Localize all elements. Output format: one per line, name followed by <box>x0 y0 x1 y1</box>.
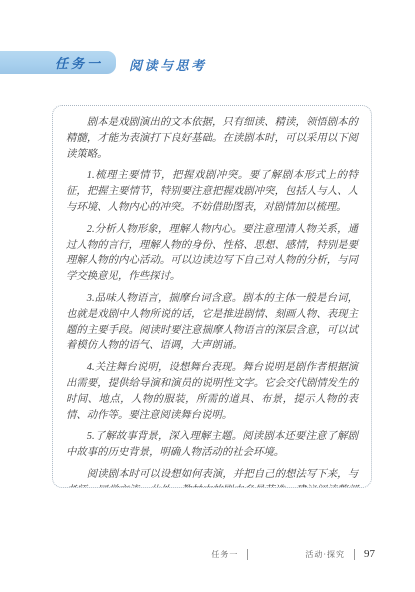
strategy-item-5: 5.了解故事背景，深入理解主题。阅读剧本还要注意了解剧中故事的历史背景，明确人物… <box>66 429 358 461</box>
footer-divider <box>247 549 248 560</box>
intro-paragraph: 剧本是戏剧演出的文本依据，只有细读、精读，领悟剧本的精髓，才能为表演打下良好基础… <box>66 115 358 162</box>
footer-section-label: 任务一 <box>211 549 238 560</box>
strategy-item-1: 1.梳理主要情节，把握戏剧冲突。要了解剧本形式上的特征，把握主要情节，特别要注意… <box>66 168 358 215</box>
closing-paragraph: 阅读剧本时可以设想如何表演，并把自己的想法写下来，与老师、同学交流。此外，教材中… <box>66 467 358 488</box>
footer-unit-label: 活动·探究 <box>305 549 345 560</box>
strategy-item-4: 4.关注舞台说明，设想舞台表现。舞台说明是剧作者根据演出需要，提供给导演和演员的… <box>66 360 358 423</box>
task-tab-label: 任务一 <box>55 53 103 72</box>
strategy-item-2: 2.分析人物形象，理解人物内心。要注意理清人物关系，通过人物的言行，理解人物的身… <box>66 222 358 285</box>
textbook-page: 任务一 阅读与思考 剧本是戏剧演出的文本依据，只有细读、精读，领悟剧本的精髓，才… <box>0 0 415 592</box>
page-title: 阅读与思考 <box>129 55 207 74</box>
task-tab: 任务一 <box>0 51 116 74</box>
page-footer: 任务一 活动·探究 97 <box>0 548 375 560</box>
strategy-item-3: 3.品味人物语言，揣摩台词含意。剧本的主体一般是台词，也就是戏剧中人物所说的话，… <box>66 291 358 354</box>
footer-divider <box>354 549 355 560</box>
reading-strategy-box: 剧本是戏剧演出的文本依据，只有细读、精读，领悟剧本的精髓，才能为表演打下良好基础… <box>52 105 372 488</box>
footer-page-number: 97 <box>364 548 375 560</box>
